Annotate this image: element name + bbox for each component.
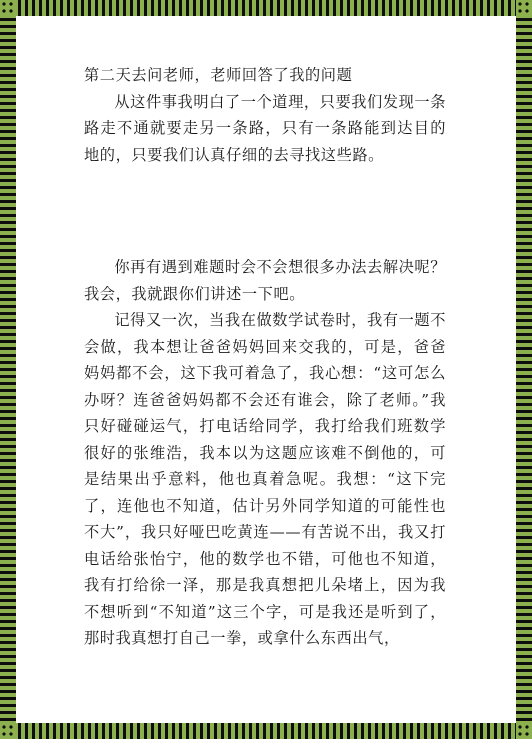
corner-ornament-top-left <box>0 0 16 16</box>
text-section-1: 第二天去问老师，老师回答了我的问题 从这件事我明白了一个道理，只要我们发现一条路… <box>84 62 446 168</box>
text-section-2: 你再有遇到难题时会不会想很多办法去解决呢？我会，我就跟你们讲述一下吧。 记得又一… <box>84 254 446 652</box>
decorative-border-top <box>0 0 532 16</box>
decorative-border-right <box>516 0 532 739</box>
paragraph: 第二天去问老师，老师回答了我的问题 <box>84 62 446 89</box>
corner-ornament-top-right <box>516 0 532 16</box>
paragraph: 记得又一次，当我在做数学试卷时，我有一题不会做，我本想让爸爸妈妈回来交我的，可是… <box>84 307 446 652</box>
decorative-border-left <box>0 0 16 739</box>
corner-ornament-bottom-right <box>516 723 532 739</box>
decorative-border-bottom <box>0 723 532 739</box>
corner-ornament-bottom-left <box>0 723 16 739</box>
paragraph: 从这件事我明白了一个道理，只要我们发现一条路走不通就要走另一条路，只有一条路能到… <box>84 89 446 169</box>
paragraph: 你再有遇到难题时会不会想很多办法去解决呢？我会，我就跟你们讲述一下吧。 <box>84 254 446 307</box>
